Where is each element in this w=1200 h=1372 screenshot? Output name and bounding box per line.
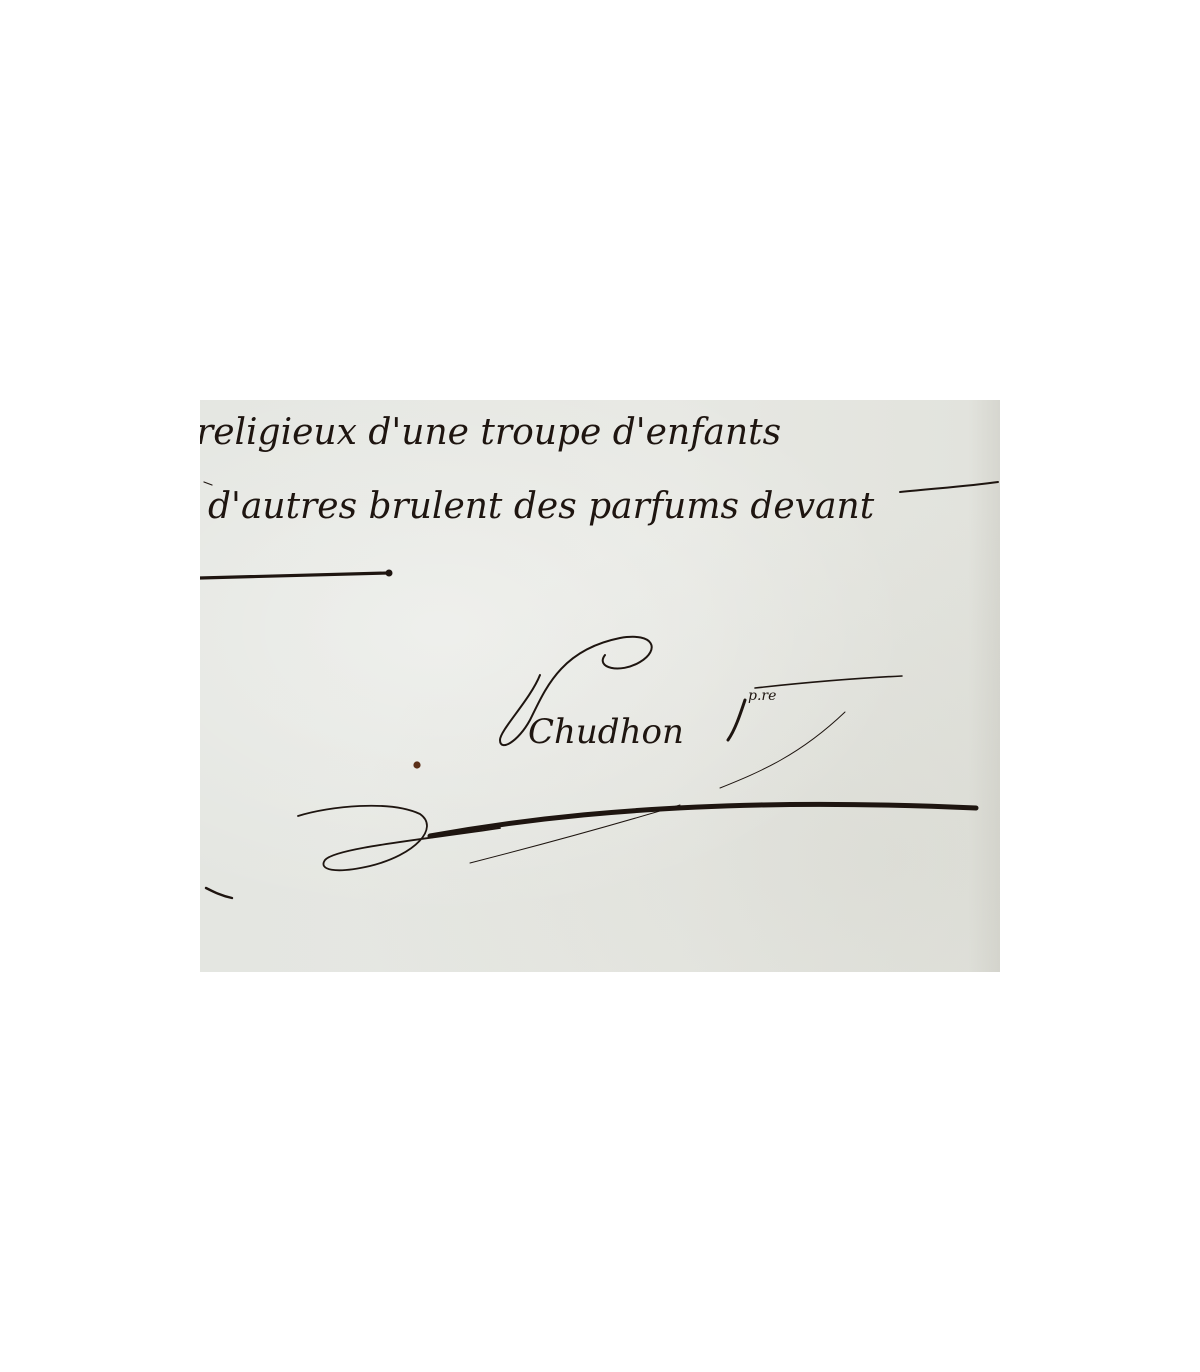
svg-text:d'autres brulent des parfums d: d'autres brulent des parfums devant: [208, 486, 875, 527]
svg-text:p.re: p.re: [748, 688, 776, 704]
signature-p-stem: [728, 700, 745, 740]
line-2-lead-mark: [204, 482, 212, 485]
manuscript-photo: religieux d'une troupe d'enfants d'autre…: [200, 400, 1000, 972]
handwriting-line-2: d'autres brulent des parfums devant: [208, 482, 998, 527]
signature: Chudhon p.re: [500, 637, 902, 788]
ink-spot: [413, 761, 420, 768]
paraph-main-stroke: [430, 804, 976, 836]
paraph-loop: [298, 806, 500, 870]
signature-suffix-line: [755, 676, 902, 688]
line-trailing-dash: [900, 482, 998, 492]
svg-text:Chudhon: Chudhon: [528, 712, 684, 752]
signature-guide-line: [720, 712, 845, 788]
stroke-end-dot: [386, 570, 393, 577]
paraph-flourish: [298, 804, 976, 870]
handwriting-line-1: religieux d'une troupe d'enfants: [200, 412, 781, 453]
paragraph-end-stroke: [200, 573, 388, 578]
margin-ink-mark: [206, 888, 232, 898]
manuscript-ink: religieux d'une troupe d'enfants d'autre…: [200, 400, 1000, 972]
svg-text:religieux d'une troupe d'enfan: religieux d'une troupe d'enfants: [200, 412, 781, 453]
